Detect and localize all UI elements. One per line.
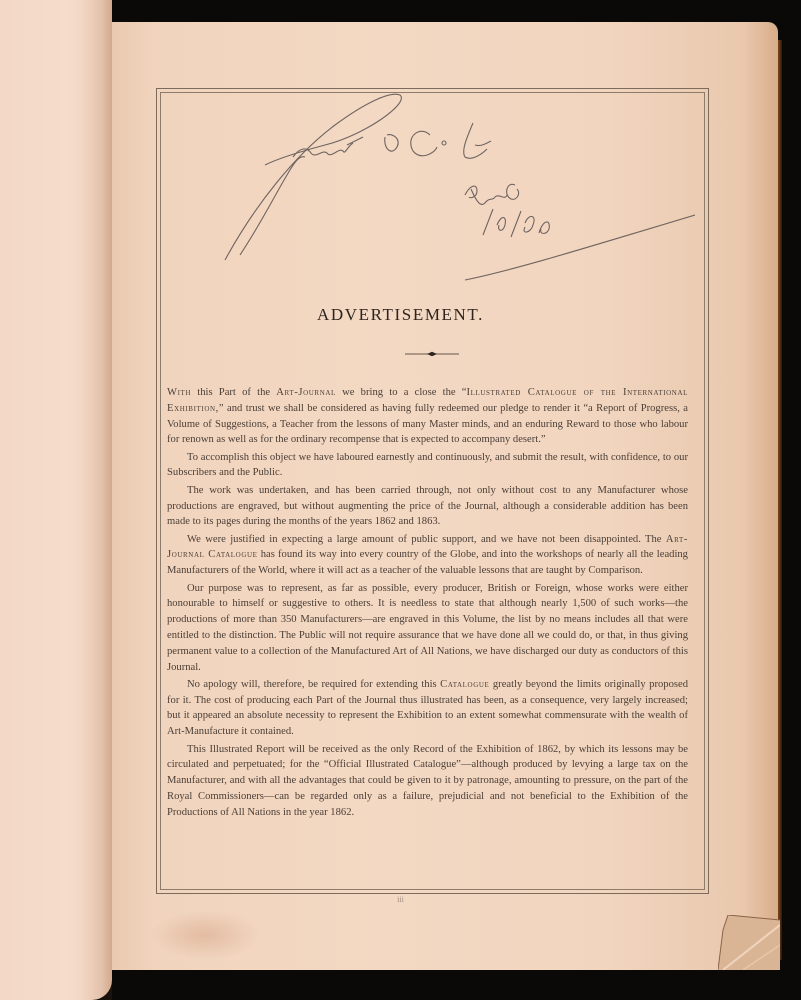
dog-eared-corner bbox=[718, 915, 780, 970]
pencil-signature bbox=[215, 85, 695, 305]
journal-name: Art-Journal bbox=[276, 387, 336, 398]
paragraph-7: This Illustrated Report will be received… bbox=[167, 742, 688, 821]
paragraph-1: With this Part of the Art-Journal we bri… bbox=[167, 385, 688, 448]
text-run: No apology will, therefore, be required … bbox=[187, 679, 440, 690]
paragraph-6: No apology will, therefore, be required … bbox=[167, 677, 688, 740]
page-number: iii bbox=[0, 895, 801, 904]
catalogue-word: Catalogue bbox=[440, 679, 489, 690]
paragraph-2: To accomplish this object we have labour… bbox=[167, 450, 688, 482]
text-run: this Part of the bbox=[191, 387, 276, 398]
title-ornament-rule bbox=[405, 351, 459, 357]
advertisement-body: With this Part of the Art-Journal we bri… bbox=[167, 385, 688, 822]
paragraph-3: The work was undertaken, and has been ca… bbox=[167, 483, 688, 530]
drop-word: With bbox=[167, 387, 191, 398]
text-run: We were justified in expecting a large a… bbox=[187, 534, 666, 545]
paragraph-4: We were justified in expecting a large a… bbox=[167, 532, 688, 579]
text-run: we bring to a close the “ bbox=[336, 387, 467, 398]
page-title: ADVERTISEMENT. bbox=[0, 305, 801, 325]
text-run: ” and trust we shall be considered as ha… bbox=[167, 403, 688, 446]
paper-stain bbox=[150, 910, 260, 960]
paragraph-5: Our purpose was to represent, as far as … bbox=[167, 581, 688, 676]
left-page-curl bbox=[0, 0, 112, 1000]
